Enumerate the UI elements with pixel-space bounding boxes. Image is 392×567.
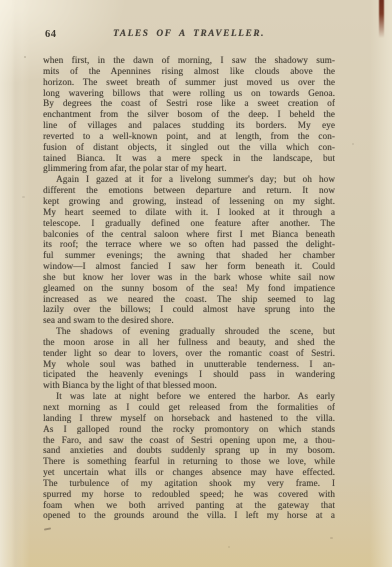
page-number: 64 [45,29,57,40]
paper-speck [352,143,354,145]
text-line: different the emotions between departure… [43,185,335,196]
text-line: sea and swam to the desired shore. [43,315,335,326]
paper-speck [228,546,230,548]
text-line: tender light so dear to lovers, over the… [43,348,335,359]
paper-speck [330,537,333,539]
text-line: ful summer evenings; the awning that sha… [43,250,335,261]
text-line: kept growing and growing, instead of les… [43,196,335,207]
text-line: line of villages and palaces studding it… [43,120,335,131]
text-line: the moon arose in all her fullness and b… [43,337,335,348]
text-block: 64 TALES OF A TRAVELLER. when first, in … [43,29,335,521]
paper-speck [22,196,25,198]
page-header: 64 TALES OF A TRAVELLER. [43,29,335,42]
text-line: Again I gazed at it for a livelong summe… [43,174,335,185]
text-line: My whole soul was bathed in unutterable … [43,359,335,370]
text-line: glimmering from afar, the polar star of … [43,163,335,174]
text-line: mits of the Apennines rising almost like… [43,66,335,77]
text-line: As I galloped round the rocky promontory… [43,424,335,435]
text-line: the Faro, and saw the coast of Sestri op… [43,435,335,446]
text-line: increased as we neared the coast. The sh… [43,294,335,305]
page-edge-stain [379,0,384,38]
text-line: tained Bianca. It was a mere speck in th… [43,153,335,164]
text-line: she but know her lover was in the bark w… [43,272,335,283]
text-line: gleamed on the sunny bosom of the sea! M… [43,283,335,294]
paper-speck [44,527,51,530]
page-body: when first, in the dawn of morning, I sa… [43,55,335,521]
text-line: My heart seemed to dilate with it. I loo… [43,207,335,218]
text-line: horizon. The sweet breath of summer just… [43,77,335,88]
text-line: opened to the grounds around the villa. … [43,510,335,521]
text-line: The shadows of evening gradually shroude… [43,326,335,337]
text-line: yet uncertain what ills or changes absen… [43,467,335,478]
text-line: There is something fearful in returning … [43,456,335,467]
text-line: spurred my horse to redoubled speed; he … [43,489,335,500]
text-line: enchantment from the silver bosom of the… [43,109,335,120]
text-line: landing I threw myself on horseback and … [43,413,335,424]
text-line: The turbulence of my agitation shook my … [43,478,335,489]
paper-speck [24,56,26,58]
text-line: next morning as I could get released fro… [43,402,335,413]
text-line: when first, in the dawn of morning, I sa… [43,55,335,66]
text-line: telescope. I gradually defined one featu… [43,218,335,229]
text-line: balconies of the central saloon where fi… [43,229,335,240]
text-line: long wavering billows that were rolling … [43,88,335,99]
text-line: sand anxieties and doubts suddenly spran… [43,445,335,456]
running-title: TALES OF A TRAVELLER. [43,29,335,39]
text-line: window—I almost fancied I saw her form b… [43,261,335,272]
text-line: By degrees the coast of Sestri rose like… [43,98,335,109]
text-line: reverted to a well-known point, and at l… [43,131,335,142]
text-line: its roof; the terrace where we so often … [43,239,335,250]
scanned-book-page: 64 TALES OF A TRAVELLER. when first, in … [0,0,392,567]
text-line: foam when we both arrived panting at the… [43,500,335,511]
text-line: with Bianca by the light of that blessed… [43,380,335,391]
text-line: lazily over the billows; I could almost … [43,304,335,315]
text-line: fusion of distant objects, it singled ou… [43,142,335,153]
text-line: ticipated the heavenly evenings I should… [43,369,335,380]
text-line: It was late at night before we entered t… [43,391,335,402]
